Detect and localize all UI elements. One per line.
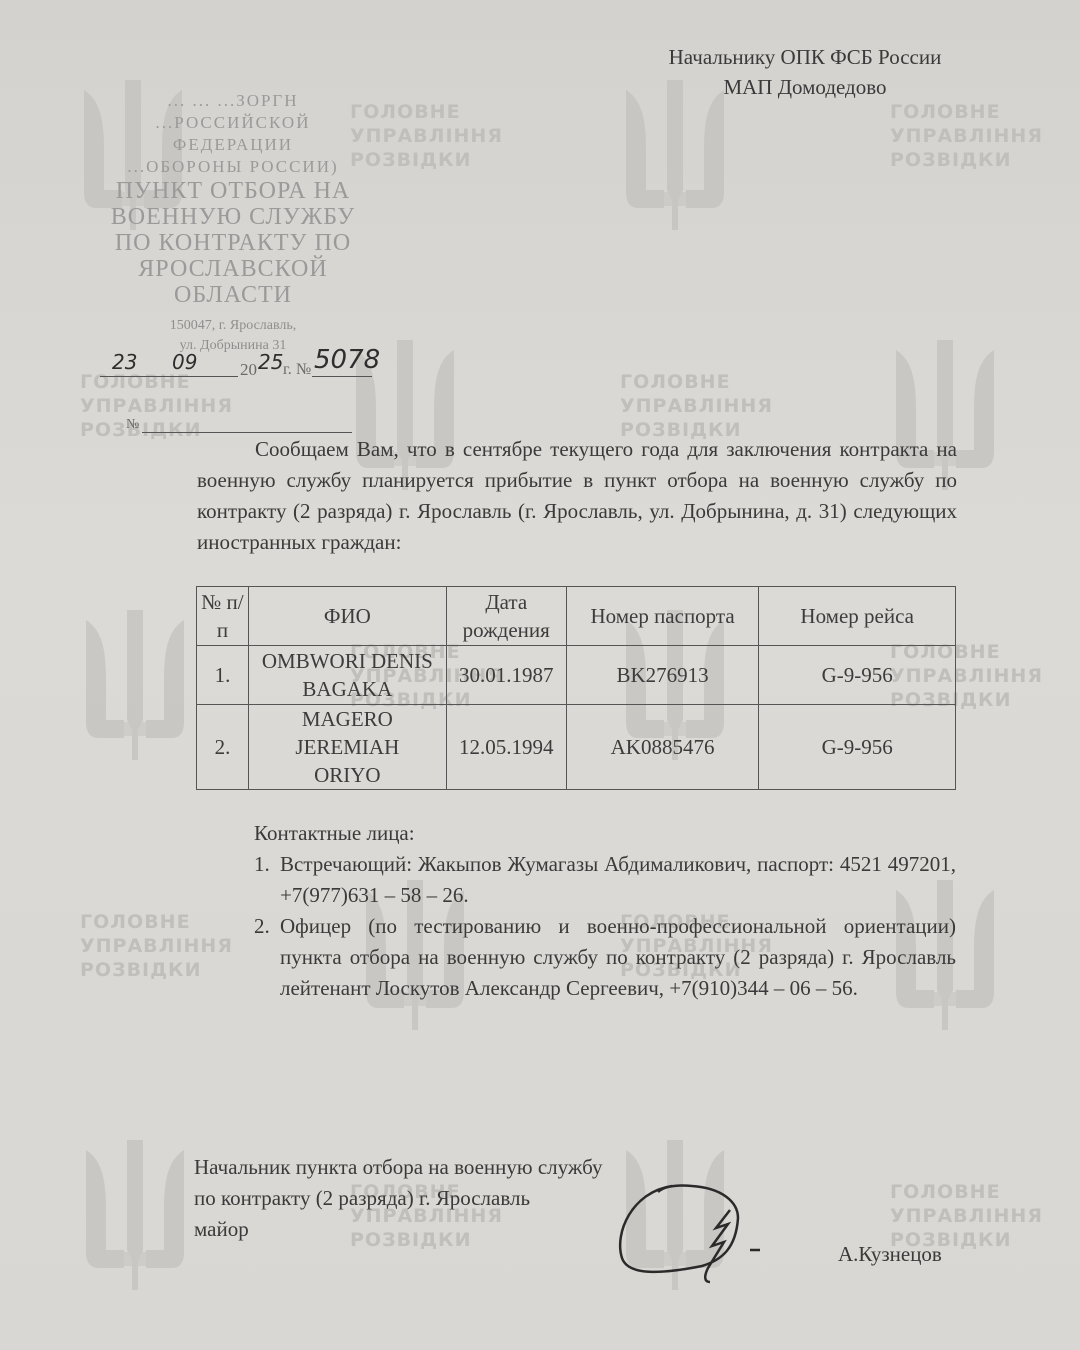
header-name: ФИО (248, 587, 446, 646)
document-page: ГОЛОВНЕ УПРАВЛІННЯ РОЗВІДКИГОЛОВНЕ УПРАВ… (0, 0, 1080, 1350)
stamp-line: ЯРОСЛАВСКОЙ (108, 256, 358, 282)
contacts-section: Контактные лица: 1. Встречающий: Жакыпов… (254, 818, 956, 1004)
addressee-line: МАП Домодедово (630, 72, 980, 102)
table-header-row: № п/п ФИО Дата рождения Номер паспорта Н… (197, 587, 956, 646)
header-passport: Номер паспорта (566, 587, 759, 646)
cell-dob: 12.05.1994 (446, 705, 566, 790)
contact-number: 1. (254, 849, 270, 880)
second-number-underline (142, 432, 352, 433)
cell-flight: G-9-956 (759, 705, 956, 790)
contact-item: 2. Офицер (по тестированию и военно-проф… (254, 911, 956, 1004)
cell-num: 2. (197, 705, 249, 790)
cell-passport: AK0885476 (566, 705, 759, 790)
persons-table: № п/п ФИО Дата рождения Номер паспорта Н… (196, 586, 956, 790)
addressee-line: Начальнику ОПК ФСБ России (630, 42, 980, 72)
handwritten-signature (612, 1178, 792, 1288)
header-num: № п/п (197, 587, 249, 646)
stamp-line: ... ... ...ЗОРГН (108, 90, 358, 112)
contacts-list: 1. Встречающий: Жакыпов Жумагазы Абдимал… (254, 849, 956, 1004)
table-row: 2. MAGERO JEREMIAH ORIYO 12.05.1994 AK08… (197, 705, 956, 790)
reg-month: 09 (172, 350, 197, 374)
header-dob: Дата рождения (446, 587, 566, 646)
sender-stamp: ... ... ...ЗОРГН ...РОССИЙСКОЙ ФЕДЕРАЦИИ… (108, 90, 358, 356)
contacts-title: Контактные лица: (254, 818, 956, 849)
trident-watermark-icon (620, 80, 730, 230)
watermark-text: ГОЛОВНЕ УПРАВЛІННЯ РОЗВІДКИ (890, 100, 1043, 172)
table-row: 1. OMBWORI DENIS BAGAKA 30.01.1987 BK276… (197, 646, 956, 705)
signer-title-line: по контракту (2 разряда) г. Ярославль (194, 1183, 602, 1214)
watermark-text: ГОЛОВНЕ УПРАВЛІННЯ РОЗВІДКИ (80, 910, 233, 982)
stamp-address-line: 150047, г. Ярославль, (108, 316, 358, 336)
reg-number-label: № (296, 355, 311, 385)
signature-block: Начальник пункта отбора на военную служб… (194, 1152, 602, 1245)
reg-day: 23 (112, 350, 137, 374)
cell-flight: G-9-956 (759, 646, 956, 705)
stamp-line: ...РОССИЙСКОЙ ФЕДЕРАЦИИ (108, 112, 358, 156)
cell-name: OMBWORI DENIS BAGAKA (248, 646, 446, 705)
stamp-line: ПУНКТ ОТБОРА НА (108, 178, 358, 204)
date-underline (100, 376, 238, 377)
reg-year-label: г. (283, 355, 292, 385)
contact-item: 1. Встречающий: Жакыпов Жумагазы Абдимал… (254, 849, 956, 911)
trident-watermark-icon (80, 1140, 190, 1290)
signer-title-line: Начальник пункта отбора на военную служб… (194, 1152, 602, 1183)
cell-name: MAGERO JEREMIAH ORIYO (248, 705, 446, 790)
stamp-line: ОБЛАСТИ (108, 282, 358, 308)
body-paragraph: Сообщаем Вам, что в сентябре текущего го… (197, 434, 957, 558)
watermark-text: ГОЛОВНЕ УПРАВЛІННЯ РОЗВІДКИ (350, 100, 503, 172)
stamp-line: ВОЕННУЮ СЛУЖБУ (108, 204, 358, 230)
cell-num: 1. (197, 646, 249, 705)
signer-name: А.Кузнецов (838, 1242, 942, 1267)
contact-text: Встречающий: Жакыпов Жумагазы Абдималико… (280, 852, 956, 907)
reg-number: 5078 (314, 345, 380, 375)
watermark-text: ГОЛОВНЕ УПРАВЛІННЯ РОЗВІДКИ (620, 370, 773, 442)
header-flight: Номер рейса (759, 587, 956, 646)
cell-passport: BK276913 (566, 646, 759, 705)
reg-year-suffix: 25 (258, 350, 283, 374)
second-number-label: № (126, 410, 139, 440)
addressee: Начальнику ОПК ФСБ России МАП Домодедово (630, 42, 980, 102)
trident-watermark-icon (80, 610, 190, 760)
number-underline (312, 376, 372, 377)
contact-number: 2. (254, 911, 270, 942)
stamp-line: ...ОБОРОНЫ РОССИИ) (108, 156, 358, 178)
signer-rank: майор (194, 1214, 602, 1245)
contact-text: Офицер (по тестированию и военно-професс… (280, 914, 956, 1000)
reg-year-prefix: 20 (240, 355, 257, 385)
body-text: Сообщаем Вам, что в сентябре текущего го… (197, 437, 957, 554)
cell-dob: 30.01.1987 (446, 646, 566, 705)
stamp-line: ПО КОНТРАКТУ ПО (108, 230, 358, 256)
